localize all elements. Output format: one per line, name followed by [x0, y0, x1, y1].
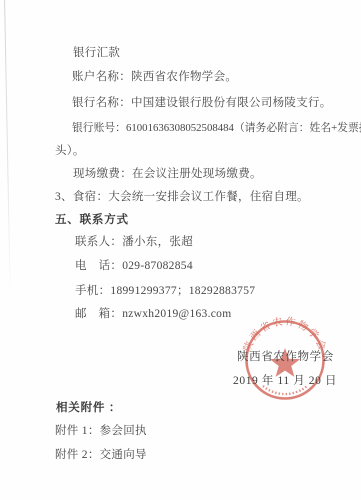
attachments-heading: 相关附件 ： — [56, 399, 121, 415]
scanned-document-page: 银行汇款 账户名称：陕西省农作物学会。 银行名称：中国建设银行股份有限公司杨陵支… — [0, 0, 361, 500]
bank-name-line: 银行名称：中国建设银行股份有限公司杨陵支行。 — [72, 94, 332, 110]
mobile-line: 手机：18991299377；18292883757 — [75, 282, 255, 298]
contact-section-heading: 五、联系方式 — [55, 211, 129, 227]
account-name-line: 账户名称：陕西省农作物学会。 — [72, 68, 237, 84]
onsite-payment-line: 现场缴费：在会议注册处现场缴费。 — [73, 165, 262, 181]
scan-page-edge-line — [4, 0, 11, 296]
signature-date: 2019 年 11 月 20 日 — [233, 372, 337, 388]
attachment-item-1: 附件 1：参会回执 — [55, 422, 147, 438]
meals-lodging-line: 3、食宿：大会统一安排会议工作餐，住宿自理。 — [55, 188, 309, 204]
bank-transfer-heading: 银行汇款 — [73, 44, 120, 60]
account-number-wrap-line: 头）。 — [55, 142, 85, 158]
attachment-item-2: 附件 2：交通向导 — [55, 446, 147, 462]
signature-organization: 陕西省农作物学会 — [237, 348, 334, 364]
contact-person-line: 联系人：潘小东，张超 — [75, 233, 193, 249]
account-number-line: 银行账号：61001636308052508484（请务必附言：姓名+发票抬 — [72, 120, 361, 135]
email-line: 邮 箱：nzwxh2019@163.com — [75, 305, 231, 321]
phone-line: 电 话：029-87082854 — [75, 257, 193, 273]
